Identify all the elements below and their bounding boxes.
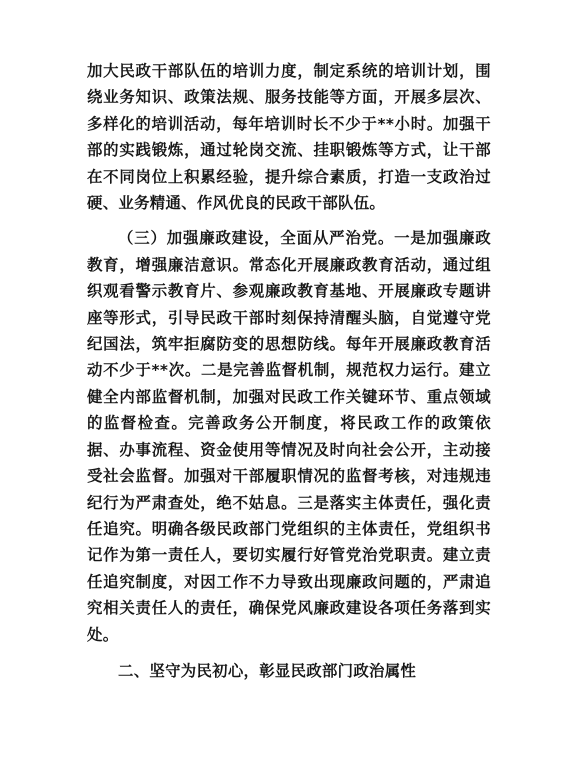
paragraph-integrity-building: （三）加强廉政建设，全面从严治党。一是加强廉政教育，增强廉洁意识。常态化开展廉政…	[87, 225, 491, 648]
document-page: 加大民政干部队伍的培训力度，制定系统的培训计划，围绕业务知识、政策法规、服务技能…	[87, 58, 491, 684]
paragraph-cadre-training: 加大民政干部队伍的培训力度，制定系统的培训计划，围绕业务知识、政策法规、服务技能…	[87, 58, 491, 216]
section-heading: 二、坚守为民初心，彰显民政部门政治属性	[87, 658, 491, 684]
